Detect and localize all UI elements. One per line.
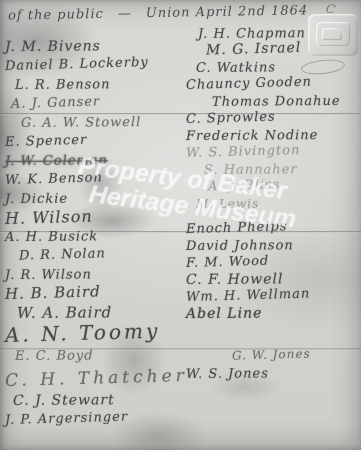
signature: Abel Line	[186, 305, 358, 323]
signature: G. W. Jones	[186, 344, 358, 366]
signature: A. N. Toomy	[5, 318, 184, 347]
signature: C. Sprowles	[186, 106, 358, 128]
signature: F. M. Wood	[186, 250, 358, 272]
signature: W. K. Benson	[5, 166, 183, 190]
signature: A. J. Bliss	[186, 174, 358, 196]
signature: Wm. H. Wellman	[186, 284, 358, 306]
signature: Enoch Phelps	[186, 216, 358, 238]
signature: W. S. Bivington	[186, 140, 358, 162]
header-place-date: Union April 2nd 1864	[146, 3, 309, 21]
signature: J. P. Argersinger	[5, 406, 183, 430]
header-line: of the public — Union April 2nd 1864	[8, 3, 301, 23]
signature: H. Wilson	[5, 204, 183, 228]
signature-column-left: J. M. Bivens Daniel B. Lockerby L. R. Be…	[5, 38, 183, 430]
signature-column-right: J. H. Chapman M. G. Israel C. Watkins Ch…	[186, 26, 358, 383]
signature: M. G. Israel	[186, 38, 358, 60]
signature: A. J. Ganser	[5, 90, 183, 114]
signature: M. Lewis	[186, 195, 358, 213]
signature: Chauncy Gooden	[186, 72, 358, 94]
signature: H. B. Baird	[5, 280, 183, 304]
signature: E. Spencer	[5, 128, 183, 152]
header-fragment: of the public	[8, 7, 104, 24]
signature: Daniel B. Lockerby	[5, 52, 183, 76]
signature: C. H. Thatcher	[5, 361, 184, 392]
document-scan: of the public — Union April 2nd 1864 C J…	[0, 0, 361, 450]
header-dash: —	[118, 6, 132, 21]
signature: W. S. Jones	[186, 365, 358, 383]
signature: D. R. Nolan	[5, 242, 183, 266]
